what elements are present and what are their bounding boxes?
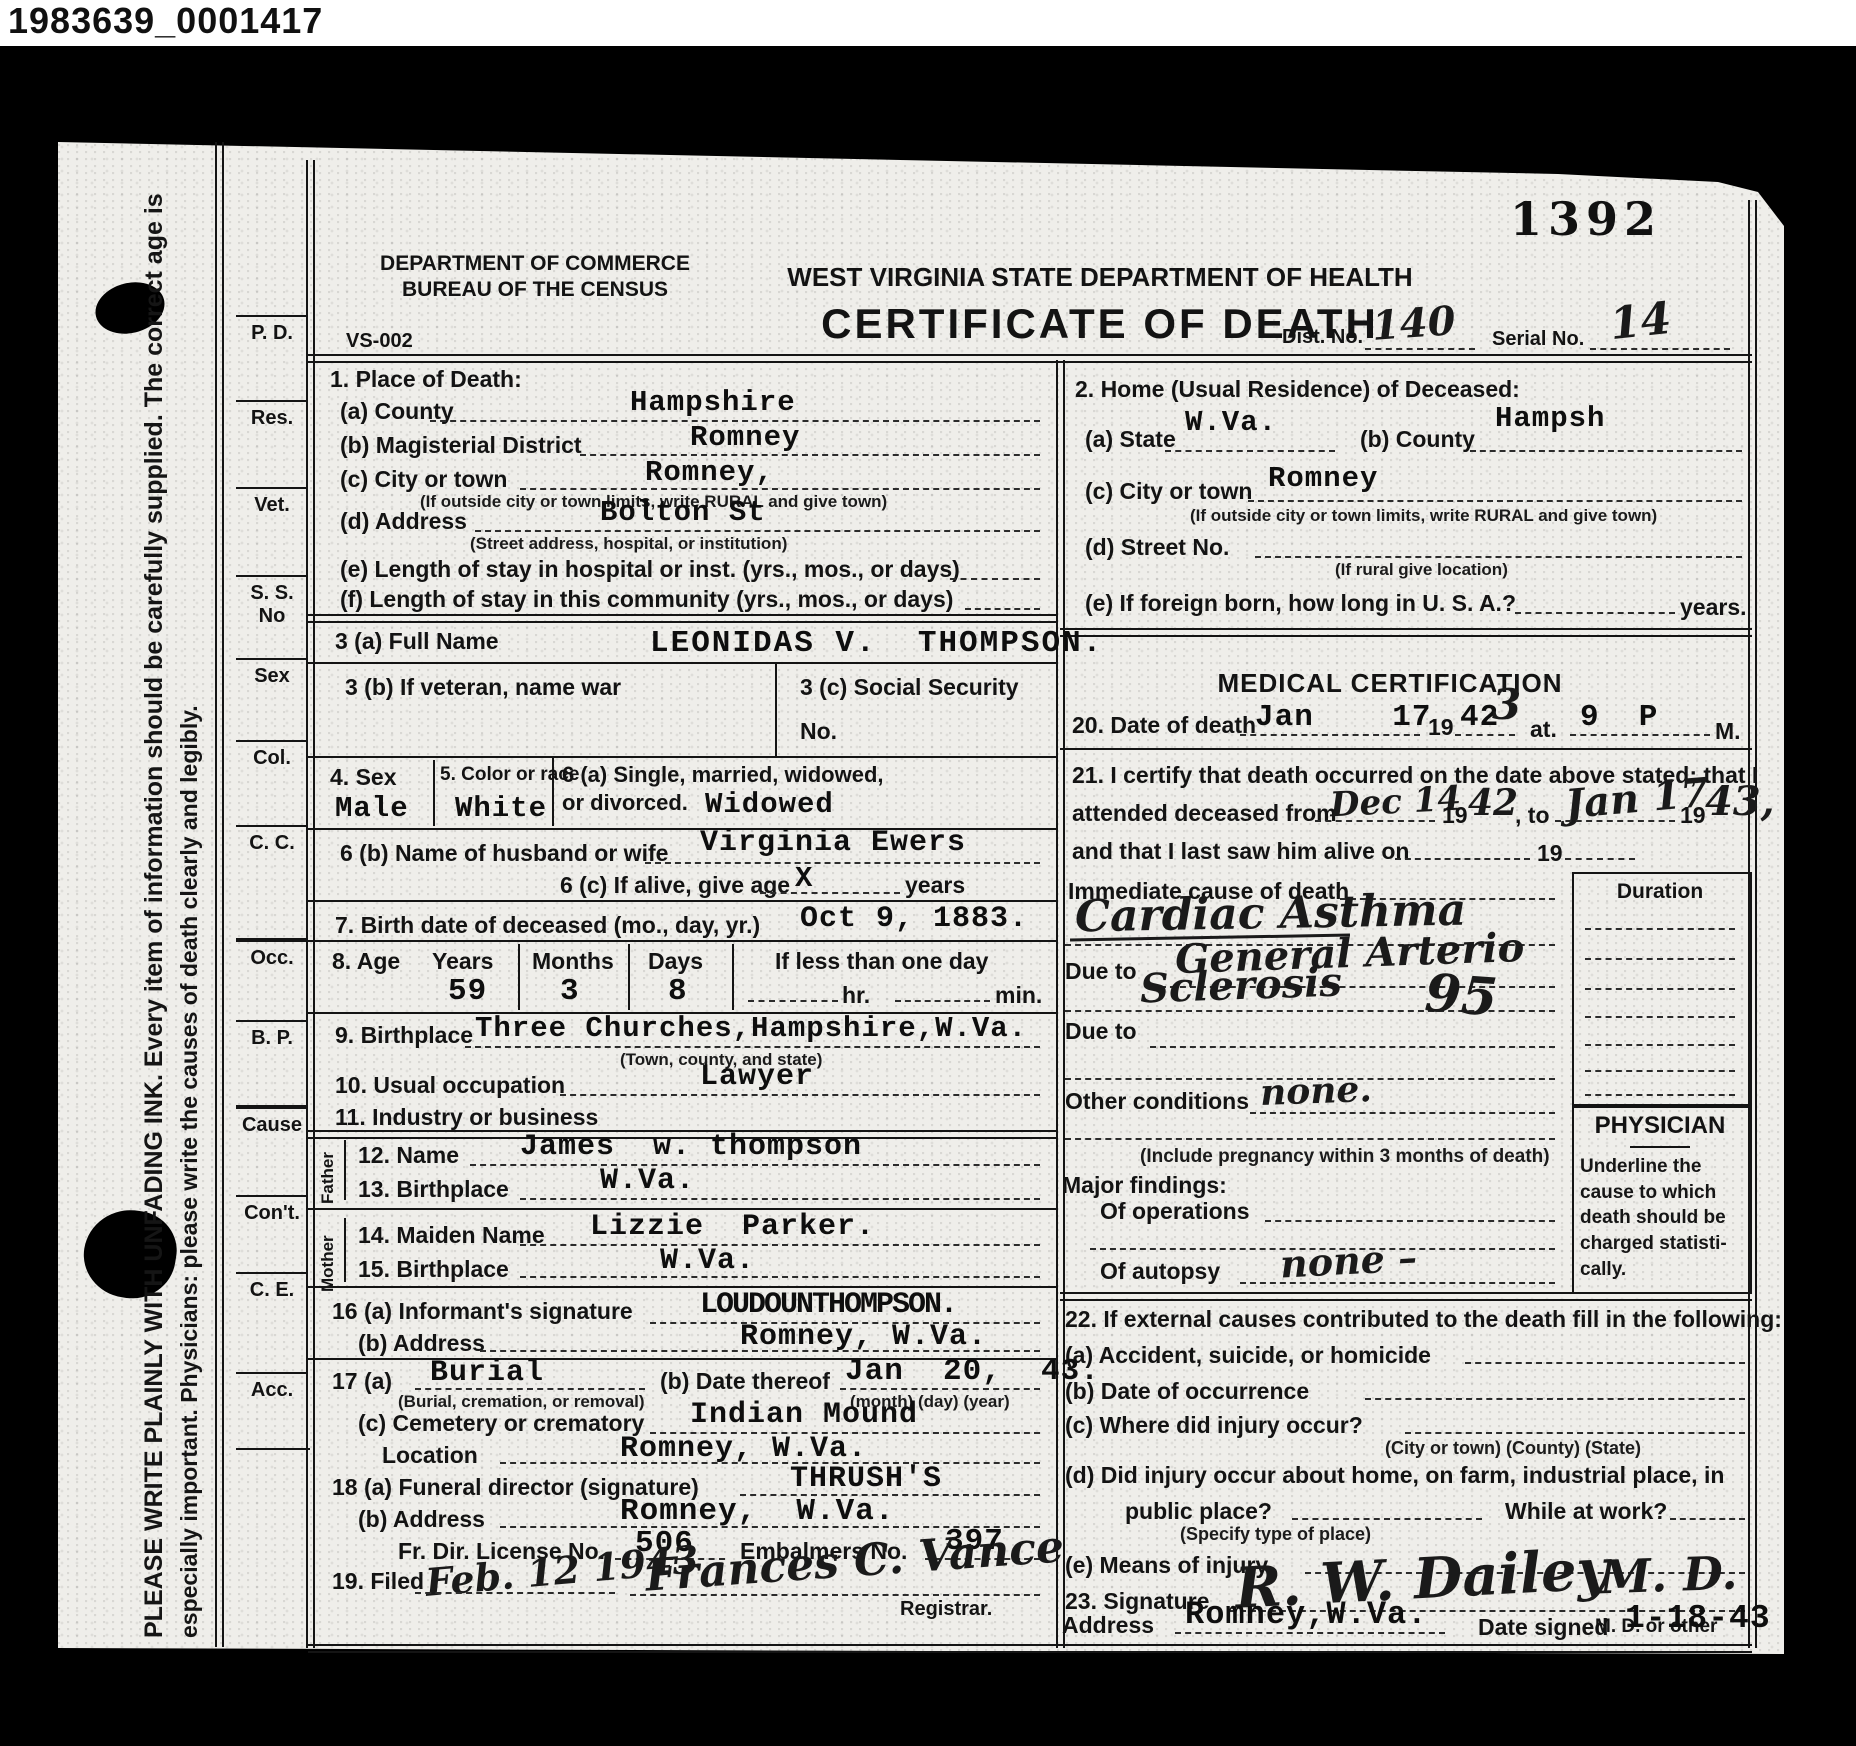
injury-where-label: (c) Where did injury occur? — [1065, 1412, 1363, 1439]
pregnancy-caption: (Include pregnancy within 3 months of de… — [1140, 1146, 1550, 1168]
mother-birthplace-value: W.Va. — [660, 1244, 755, 1278]
physician-label: PHYSICIAN — [1572, 1112, 1748, 1140]
due-to-2-label: Due to — [1065, 1018, 1137, 1045]
color-marital-divider — [552, 756, 554, 826]
physician-address-line — [1175, 1632, 1445, 1634]
home-county-value: Hampsh — [1495, 402, 1605, 435]
attended-from-line — [1315, 820, 1435, 822]
father-name-line — [470, 1164, 1040, 1166]
informant-address-line — [480, 1350, 1040, 1352]
margin-notice-rest: Every item of information should be care… — [140, 193, 168, 1074]
last-saw-line — [1395, 858, 1530, 860]
stub-bp: B. P. — [236, 1020, 308, 1050]
less-than-day-label: If less than one day — [775, 948, 988, 975]
hospital-stay-label: (e) Length of stay in hospital or inst. … — [340, 556, 960, 583]
age-days-label: Days — [648, 948, 703, 975]
informant-address-label: (b) Address — [358, 1330, 485, 1357]
stub-pd: P. D. — [236, 315, 308, 345]
stub-cont: Con't. — [236, 1195, 308, 1225]
foreign-born-label: (e) If foreign born, how long in U. S. A… — [1085, 590, 1516, 617]
form-border-left — [306, 160, 315, 1648]
stub-occ: Occ. — [236, 938, 308, 970]
home-city-label: (c) City or town — [1085, 478, 1252, 505]
date-thereof-label: (b) Date thereof — [660, 1368, 830, 1395]
external-causes-title: 22. If external causes contributed to th… — [1065, 1306, 1782, 1333]
of-autopsy-hand: none – — [1279, 1234, 1418, 1286]
attended-to-label: , to — [1515, 802, 1550, 829]
duration-line-7 — [1585, 1094, 1735, 1096]
if-alive-age-label: 6 (c) If alive, give age — [560, 872, 790, 899]
age-div2 — [628, 944, 630, 1010]
birthplace-line — [465, 1046, 1040, 1048]
place-of-death-title: 1. Place of Death: — [330, 366, 522, 393]
birth-date-value: Oct 9, 1883. — [800, 902, 1028, 936]
while-at-work-line — [1670, 1518, 1745, 1520]
agency-line1: DEPARTMENT OF COMMERCE — [350, 252, 720, 276]
mother-birthplace-label: 15. Birthplace — [358, 1256, 509, 1283]
street-no-caption: (If rural give location) — [1335, 560, 1508, 580]
date-signed-label: Date signed — [1478, 1614, 1608, 1641]
disposition-line — [415, 1388, 645, 1390]
row3bc-divider — [308, 756, 1056, 758]
spouse-label: 6 (b) Name of husband or wife — [340, 840, 668, 867]
mother-birthplace-line — [520, 1276, 1040, 1278]
margin-notice-bold: PLEASE WRITE PLAINLY WITH UNFADING INK. — [140, 1074, 168, 1638]
street-no-label: (d) Street No. — [1085, 534, 1229, 561]
date-signed-value: 1-18-43 — [1625, 1600, 1771, 1637]
funeral-address-value: Romney, W.Va. — [620, 1494, 894, 1529]
serial-no-value: 14 — [1608, 293, 1674, 350]
serial-no-line — [1590, 348, 1730, 350]
disposition-caption: (Burial, cremation, or removal) — [398, 1392, 645, 1412]
registration-number: 1392 — [1510, 192, 1662, 246]
foreign-born-suffix: years. — [1680, 594, 1747, 621]
date-of-death-19: 19 — [1428, 714, 1454, 741]
public-place-caption: (Specify type of place) — [1180, 1524, 1371, 1545]
date-of-death-year-hand: 3 — [1492, 680, 1521, 729]
birthplace-label: 9. Birthplace — [335, 1022, 473, 1049]
physician-address-label: Address — [1062, 1612, 1154, 1639]
occupation-label: 10. Usual occupation — [335, 1072, 565, 1099]
of-autopsy-line — [1240, 1282, 1555, 1284]
social-security-no-label: No. — [800, 718, 837, 745]
injury-where-caption: (City or town) (County) (State) — [1385, 1438, 1641, 1459]
public-place-line — [1292, 1518, 1482, 1520]
address-label: (d) Address — [340, 508, 467, 535]
address-caption: (Street address, hospital, or institutio… — [470, 534, 787, 554]
date-of-death-time: 9 P — [1580, 700, 1658, 735]
full-name-label: 3 (a) Full Name — [335, 628, 499, 655]
date-thereof-line — [840, 1388, 1040, 1390]
community-stay-line — [965, 608, 1040, 610]
margin-rule — [215, 142, 224, 1647]
informant-address-value: Romney, W.Va. — [740, 1320, 987, 1354]
of-operations-line — [1265, 1220, 1555, 1222]
sex-value: Male — [335, 792, 409, 825]
stub-vet: Vet. — [236, 487, 308, 517]
sex-color-divider — [433, 760, 435, 826]
funeral-address-label: (b) Address — [358, 1506, 485, 1533]
spouse-line — [645, 862, 1040, 864]
mother-side-label: Mother — [318, 1235, 338, 1292]
duration-line-3 — [1585, 988, 1735, 990]
home-state-value: W.Va. — [1185, 406, 1277, 439]
spouse-value: Virginia Ewers — [700, 826, 966, 860]
city-label: (c) City or town — [340, 466, 507, 493]
age-months-value: 3 — [560, 974, 580, 1009]
informant-label: 16 (a) Informant's signature — [332, 1298, 633, 1325]
home-county-line — [1470, 450, 1742, 452]
marital-label: 6 (a) Single, married, widowed, — [562, 762, 884, 788]
stub-bottom-rule — [236, 1448, 310, 1450]
accident-line — [1465, 1362, 1745, 1364]
attended-19b: 19 — [1680, 802, 1706, 829]
stub-cause: Cause — [236, 1105, 308, 1137]
department-title: WEST VIRGINIA STATE DEPARTMENT OF HEALTH — [740, 262, 1460, 293]
duration-line-1 — [1585, 928, 1735, 930]
medical-certification-title: MEDICAL CERTIFICATION — [1180, 668, 1600, 699]
color-race-value: White — [455, 792, 547, 825]
stub-sex: Sex — [236, 658, 308, 688]
accident-label: (a) Accident, suicide, or homicide — [1065, 1342, 1431, 1369]
father-name-value: James w. thompson — [520, 1130, 862, 1164]
date-of-death-time-line — [1570, 734, 1710, 736]
hr-line — [748, 1000, 838, 1002]
father-bracket — [344, 1140, 346, 1200]
father-birthplace-label: 13. Birthplace — [358, 1176, 509, 1203]
dist-no-line — [1365, 348, 1475, 350]
city-value: Romney, — [645, 456, 774, 489]
age-div3 — [732, 944, 734, 1010]
veteran-ss-divider — [775, 664, 777, 756]
date-of-death-at: at. — [1530, 716, 1557, 743]
veteran-label: 3 (b) If veteran, name war — [345, 674, 621, 701]
duration-line-6 — [1585, 1070, 1735, 1072]
attended-year-a-hand: 42 — [1468, 782, 1518, 824]
marital-label2: or divorced. — [562, 790, 688, 816]
date-of-death-line — [1240, 734, 1420, 736]
duration-line-4 — [1585, 1016, 1735, 1018]
mother-name-line — [520, 1244, 1040, 1246]
header-divider — [308, 354, 1752, 363]
form-center-divider — [1056, 360, 1065, 1648]
cemetery-location-value: Romney, W.Va. — [620, 1432, 867, 1466]
cemetery-label: (c) Cemetery or crematory — [358, 1410, 644, 1437]
form-number: VS-002 — [346, 330, 413, 353]
min-label: min. — [995, 982, 1042, 1009]
occurrence-date-label: (b) Date of occurrence — [1065, 1378, 1309, 1405]
full-name-value: LEONIDAS V. THOMPSON. — [650, 626, 1103, 661]
home-city-caption: (If outside city or town limits, write R… — [1190, 506, 1657, 526]
stub-ce: C. E. — [236, 1272, 308, 1302]
attended-19a: 19 — [1442, 802, 1468, 829]
date-thereof-value: Jan 20, 43. — [845, 1354, 1100, 1389]
birth-date-label: 7. Birth date of deceased (mo., day, yr.… — [335, 912, 760, 939]
due-to-duration-note-hand: 95 — [1423, 963, 1499, 1029]
if-alive-age-value: X — [795, 862, 813, 895]
magisterial-district-value: Romney — [690, 421, 800, 454]
serial-no-label: Serial No. — [1492, 328, 1584, 351]
age-years-label: Years — [432, 948, 493, 975]
agency-line2: BUREAU OF THE CENSUS — [350, 278, 720, 302]
foreign-born-line — [1515, 612, 1675, 614]
father-side-label: Father — [318, 1152, 338, 1204]
of-autopsy-label: Of autopsy — [1100, 1258, 1220, 1285]
industry-label: 11. Industry or business — [335, 1104, 598, 1131]
of-operations-label: Of operations — [1100, 1198, 1250, 1225]
filed-date-line — [415, 1592, 615, 1594]
last-saw-19: 19 — [1537, 840, 1563, 867]
address-value: Bolton St — [600, 496, 766, 529]
due-to-2-line — [1150, 1046, 1555, 1048]
stub-res: Res. — [236, 400, 308, 430]
section1-divider — [308, 614, 1056, 623]
margin-notice-line1: PLEASE WRITE PLAINLY WITH UNFADING INK. … — [140, 143, 169, 1638]
physician-address-value: Romney,W.Va. — [1185, 1596, 1427, 1633]
cemetery-value: Indian Mound — [690, 1398, 918, 1432]
social-security-label: 3 (c) Social Security — [800, 674, 1019, 701]
attended-label: attended deceased from — [1072, 800, 1337, 827]
home-county-label: (b) County — [1360, 426, 1475, 453]
full-name-divider — [308, 662, 1056, 664]
scanned-death-certificate: 1983639_0001417 PLEASE WRITE PLAINLY WIT… — [0, 0, 1856, 1746]
physician-note: Underline the cause to which death shoul… — [1580, 1154, 1742, 1282]
home-city-line — [1248, 500, 1742, 502]
father-name-label: 12. Name — [358, 1142, 459, 1169]
injury-where-line — [1405, 1432, 1745, 1434]
community-stay-label: (f) Length of stay in this community (yr… — [340, 586, 953, 613]
filed-label: 19. Filed — [332, 1568, 424, 1595]
attended-year-b-hand: 43, — [1705, 778, 1775, 825]
mother-bracket — [344, 1218, 346, 1282]
city-line — [520, 488, 1040, 490]
if-alive-age-line — [760, 892, 900, 894]
street-no-line — [1255, 556, 1742, 558]
age-months-label: Months — [532, 948, 614, 975]
county-value: Hampshire — [630, 386, 796, 419]
cemetery-location-label: Location — [382, 1442, 478, 1469]
date-of-death-value: Jan 17 — [1255, 700, 1431, 735]
magisterial-district-label: (b) Magisterial District — [340, 432, 582, 459]
dist-no-label: Dist. No. — [1282, 326, 1363, 349]
address-line — [475, 530, 1040, 532]
physician-signature-md-hand: M. D. — [1599, 1546, 1738, 1605]
injury-place-label: (d) Did injury occur about home, on farm… — [1065, 1462, 1724, 1489]
home-state-label: (a) State — [1085, 426, 1176, 453]
physician-underline — [1630, 1146, 1690, 1148]
last-saw-year-line — [1565, 858, 1635, 860]
other-conditions-hand: none. — [1259, 1068, 1372, 1114]
attended-to-line — [1555, 820, 1675, 822]
home-city-value: Romney — [1268, 462, 1378, 495]
marital-value: Widowed — [705, 788, 834, 821]
funeral-director-value: THRUSH'S — [790, 1462, 942, 1496]
cause-rule-4 — [1065, 1138, 1555, 1140]
form-border-bottom — [308, 1644, 1752, 1653]
stub-col: Col. — [236, 740, 308, 770]
scan-filename: 1983639_0001417 — [8, 0, 323, 42]
due-to-1-label: Due to — [1065, 958, 1137, 985]
mother-name-value: Lizzie Parker. — [590, 1210, 875, 1244]
age-days-value: 8 — [668, 974, 688, 1009]
row7-divider — [308, 940, 1056, 942]
other-conditions-line — [1250, 1112, 1555, 1114]
occupation-line — [560, 1094, 1040, 1096]
public-place-label: public place? — [1125, 1498, 1272, 1525]
mother-name-label: 14. Maiden Name — [358, 1222, 545, 1249]
home-title: 2. Home (Usual Residence) of Deceased: — [1075, 376, 1520, 403]
major-findings-label: Major findings: — [1062, 1172, 1227, 1199]
birthplace-value: Three Churches,Hampshire,W.Va. — [475, 1012, 1027, 1045]
margin-notice-line2: especially important. Physicians: please… — [176, 438, 203, 1638]
date-of-death-m: M. — [1715, 718, 1741, 745]
home-state-line — [1165, 450, 1335, 452]
age-label: 8. Age — [332, 948, 400, 975]
registrar-signature-line — [630, 1594, 1040, 1596]
hospital-stay-line — [950, 578, 1040, 580]
disposition-value: Burial — [430, 1356, 544, 1390]
cemetery-location-line — [500, 1462, 1040, 1464]
stub-acc: Acc. — [236, 1372, 308, 1402]
row20-divider — [1060, 748, 1752, 750]
due-to-1-hand2: Sclerosis — [1139, 958, 1342, 1012]
color-race-label: 5. Color or race — [440, 764, 579, 786]
stub-cc: C. C. — [236, 825, 308, 855]
duration-label: Duration — [1572, 880, 1748, 904]
dist-no-value: 140 — [1370, 297, 1457, 350]
section2-divider — [1060, 628, 1752, 637]
min-line — [895, 1000, 990, 1002]
father-birthplace-line — [520, 1198, 1040, 1200]
other-conditions-label: Other conditions — [1065, 1088, 1249, 1115]
if-alive-age-suffix: years — [905, 872, 965, 899]
sex-label: 4. Sex — [330, 764, 397, 791]
occupation-value: Lawyer — [700, 1060, 814, 1094]
age-div1 — [518, 944, 520, 1010]
while-at-work-label: While at work? — [1505, 1498, 1667, 1525]
hr-label: hr. — [842, 982, 870, 1009]
disposition-label: 17 (a) — [332, 1368, 392, 1395]
father-birthplace-value: W.Va. — [600, 1164, 695, 1198]
duration-line-5 — [1585, 1044, 1735, 1046]
duration-line-2 — [1585, 958, 1735, 960]
date-of-death-label: 20. Date of death — [1072, 712, 1256, 739]
last-saw-label: and that I last saw him alive on — [1072, 838, 1409, 865]
stub-ssno: S. S. No — [236, 575, 308, 628]
age-years-value: 59 — [448, 974, 487, 1009]
informant-value: LOUDOUNTHOMPSON. — [700, 1288, 956, 1322]
registrar-label: Registrar. — [900, 1598, 992, 1621]
date-of-death-year-line — [1455, 734, 1515, 736]
occurrence-date-line — [1365, 1398, 1745, 1400]
